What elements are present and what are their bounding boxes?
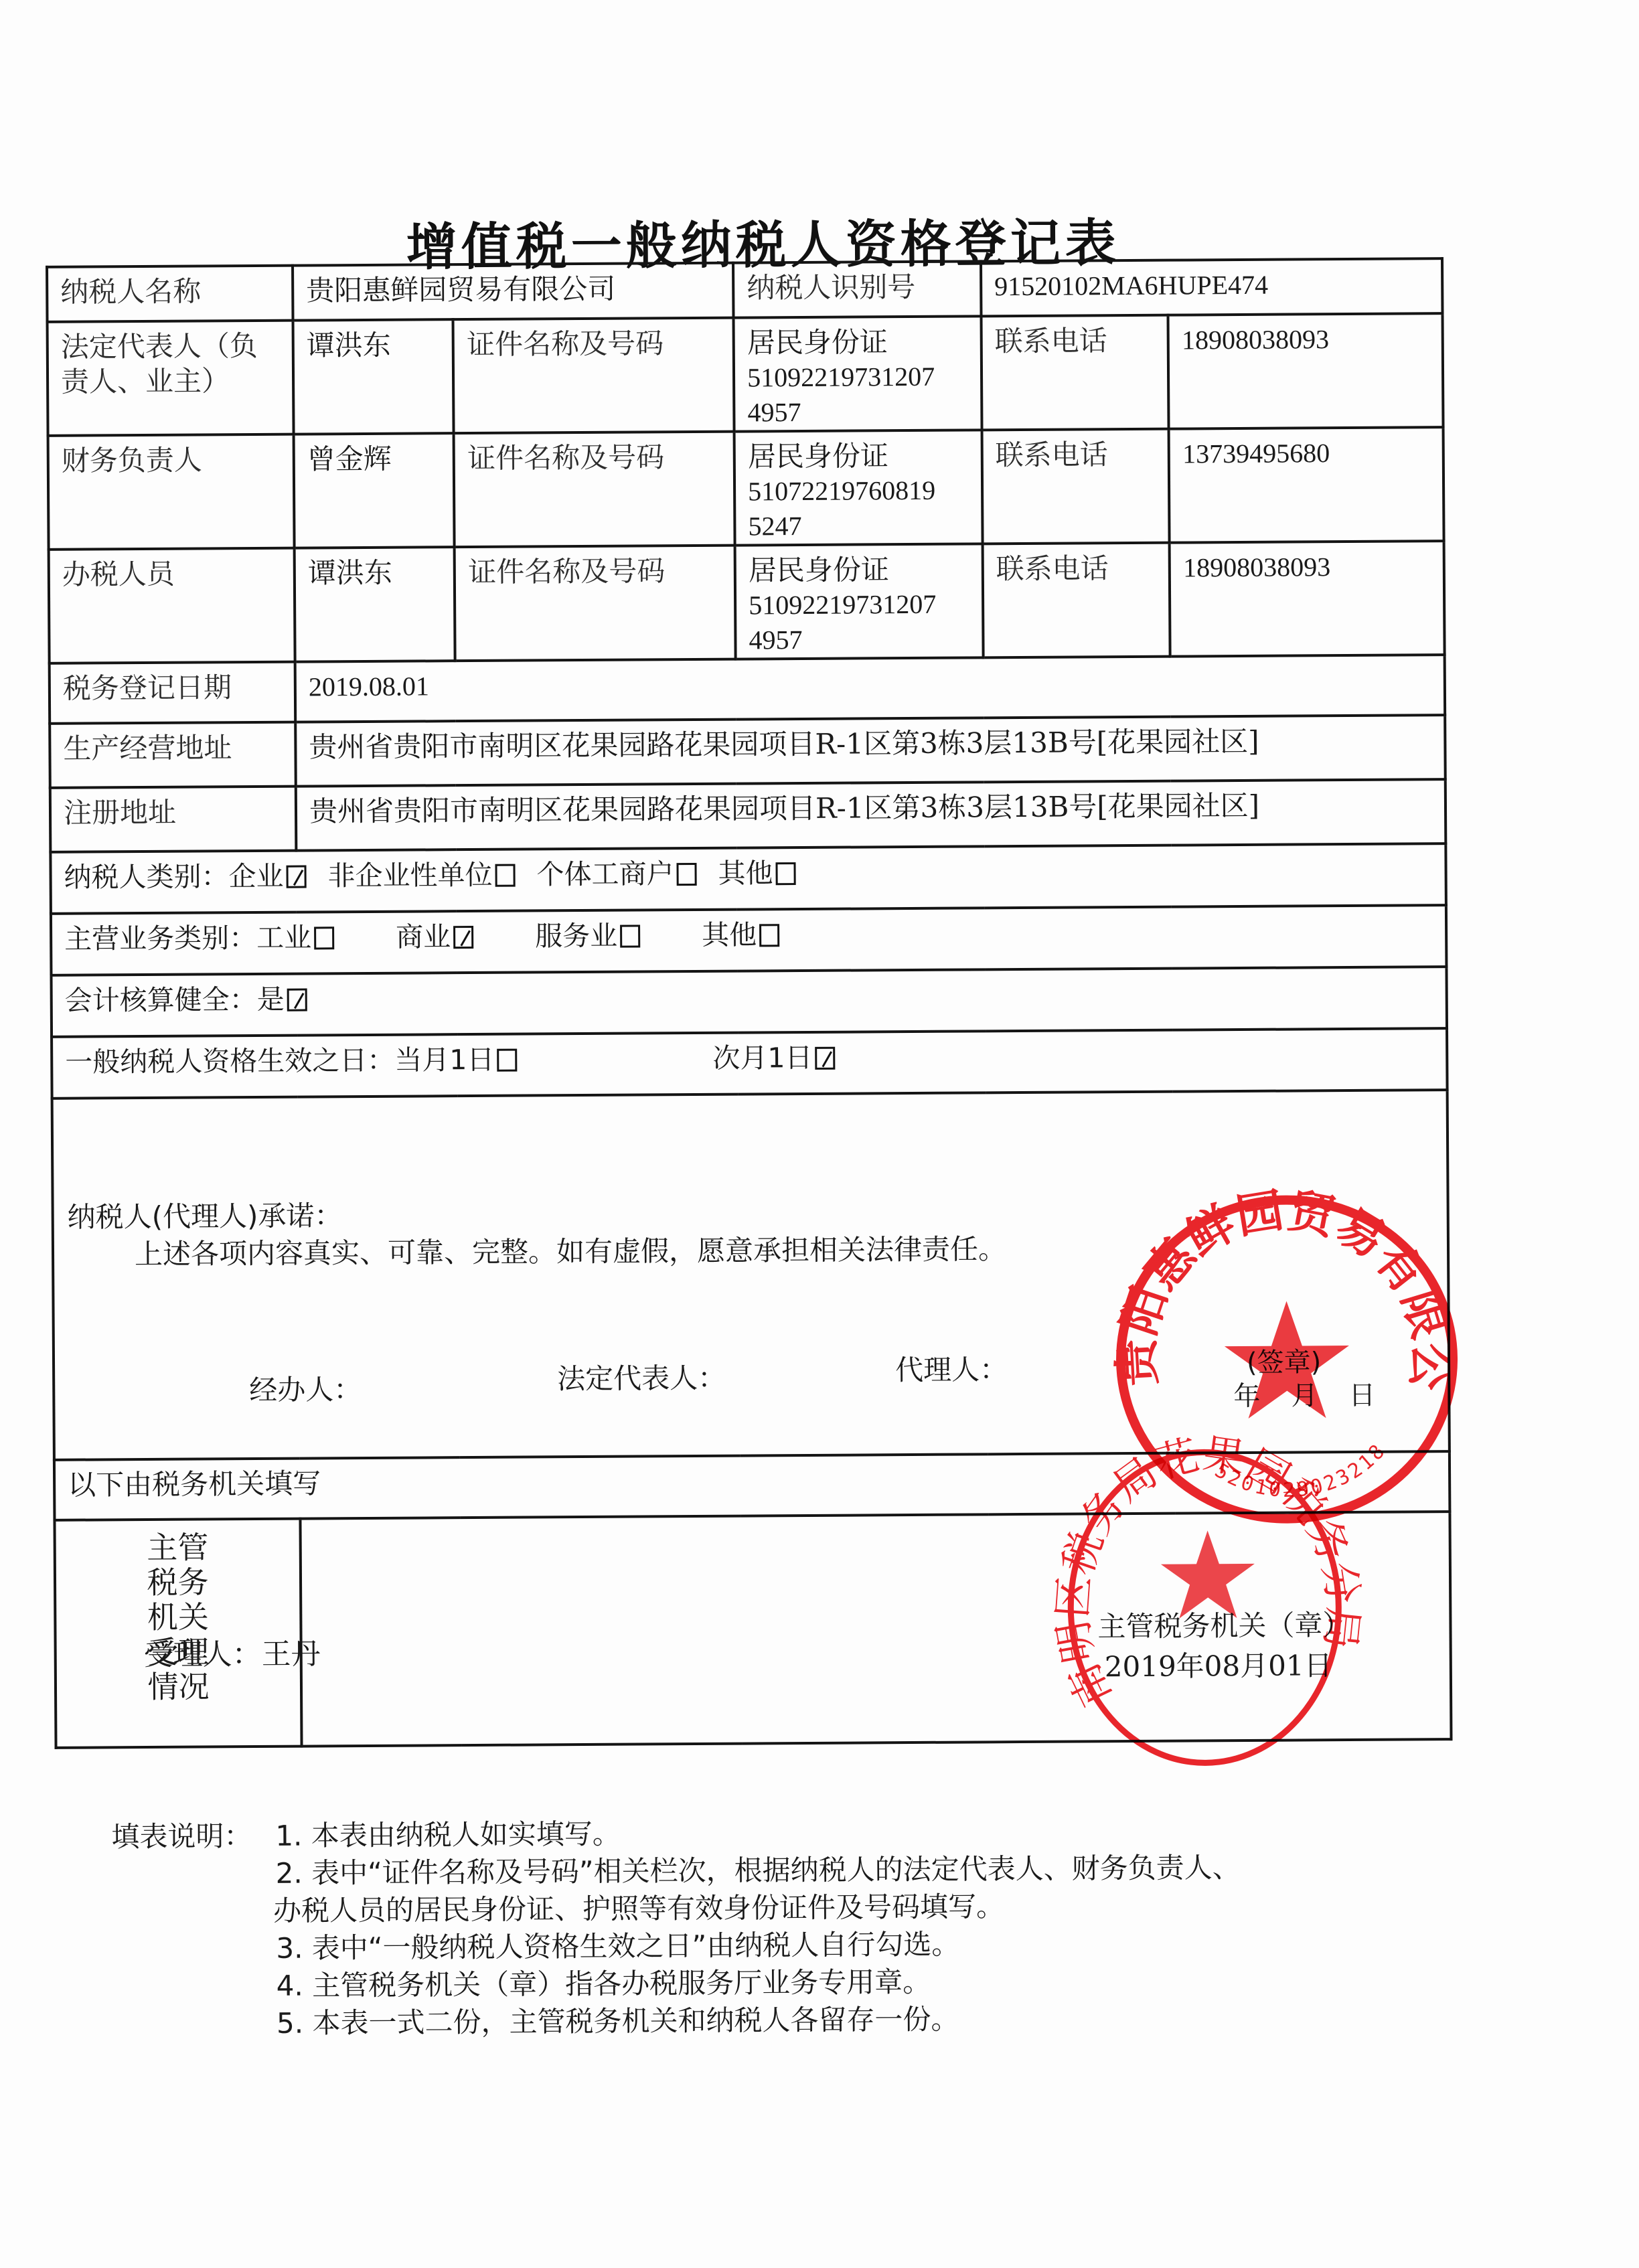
cert-value: 居民身份证 51092219731207 4957: [735, 544, 984, 659]
empty-checkbox-icon[interactable]: [495, 864, 515, 887]
registration-table: 纳税人名称 贵阳惠鲜园贸易有限公司 纳税人识别号 91520102MA6HUPE…: [46, 257, 1452, 1749]
signature-seal-label: (签章): [1247, 1345, 1322, 1380]
checkbox-option-label: 是: [257, 983, 285, 1016]
checked-checkbox-icon[interactable]: [287, 989, 307, 1011]
registration-date-value: 2019.08.01: [295, 655, 1445, 722]
checkbox-option[interactable]: 工业: [256, 921, 338, 954]
taxpayer-type-label: 纳税人类别：: [64, 860, 228, 894]
cert-number-line2: 5247: [748, 507, 969, 544]
cert-type: 居民身份证: [749, 552, 969, 588]
checkbox-option[interactable]: 次月1日: [712, 1042, 839, 1074]
tax-office-section-label: 以下由税务机关填写: [54, 1451, 1450, 1520]
registered-address-label: 注册地址: [50, 787, 297, 852]
person-row: 法定代表人（负责人、业主） 谭洪东 证件名称及号码 居民身份证 51092219…: [48, 313, 1443, 436]
empty-checkbox-icon[interactable]: [775, 862, 795, 885]
cert-number-line2: 4957: [747, 394, 968, 430]
checkbox-option-label: 工业: [256, 921, 311, 954]
business-address-label: 生产经营地址: [50, 722, 296, 788]
checked-checkbox-icon[interactable]: [815, 1047, 835, 1070]
tax-office-seal-date: 2019年08月01日: [1105, 1643, 1332, 1685]
accounting-row: 会计核算健全：是: [51, 967, 1447, 1037]
cert-value: 居民身份证 51072219760819 5247: [734, 430, 983, 545]
registration-date-row: 税务登记日期 2019.08.01: [50, 655, 1446, 724]
effective-date-label: 一般纳税人资格生效之日：: [65, 1044, 394, 1078]
cert-label: 证件名称及号码: [455, 546, 736, 661]
checkbox-option-label: 企业: [228, 860, 283, 893]
taxpayer-type-field: 纳税人类别：企业非企业性单位个体工商户其他: [50, 843, 1446, 914]
checkbox-option[interactable]: 当月1日: [394, 1044, 521, 1076]
checkbox-option[interactable]: 服务业: [535, 919, 644, 952]
person-role-label: 办税人员: [49, 548, 295, 663]
empty-checkbox-icon[interactable]: [759, 924, 779, 947]
cert-value: 居民身份证 51092219731207 4957: [734, 316, 982, 431]
checked-checkbox-icon[interactable]: [453, 926, 473, 949]
cert-number-line1: 51092219731207: [747, 359, 968, 395]
phone-value: 18908038093: [1170, 541, 1445, 656]
cert-type: 居民身份证: [747, 324, 968, 360]
effective-date-row: 一般纳税人资格生效之日：当月1日次月1日: [52, 1028, 1448, 1099]
phone-label: 联系电话: [982, 429, 1169, 544]
acceptor-name: 王丹: [262, 1637, 321, 1672]
phone-value: 18908038093: [1168, 313, 1443, 428]
checkbox-option-label: 非企业性单位: [327, 859, 492, 892]
person-name: 曾金辉: [294, 433, 455, 548]
instructions-list: 1. 本表由纳税人如实填写。2. 表中“证件名称及号码”相关栏次，根据纳税人的法…: [275, 1809, 1549, 2042]
checkbox-option[interactable]: 企业: [228, 860, 310, 892]
phone-label: 联系电话: [982, 543, 1170, 658]
checkbox-option[interactable]: 商业: [396, 920, 477, 953]
commitment-cell: 纳税人(代理人)承诺： 上述各项内容真实、可靠、完整。如有虚假，愿意承担相关法律…: [52, 1090, 1450, 1460]
taxpayer-type-row: 纳税人类别：企业非企业性单位个体工商户其他: [50, 843, 1446, 914]
checkbox-option[interactable]: 非企业性单位: [327, 859, 519, 892]
registered-address-value: 贵州省贵阳市南明区花果园路花果园项目R-1区第3栋3层13B号[花果园社区]: [296, 779, 1446, 850]
person-name: 谭洪东: [293, 319, 454, 434]
commitment-text: 上述各项内容真实、可靠、完整。如有虚假，愿意承担相关法律责任。: [135, 1232, 1006, 1272]
checkbox-option[interactable]: 个体工商户: [536, 858, 700, 890]
registered-address-row: 注册地址 贵州省贵阳市南明区花果园路花果园项目R-1区第3栋3层13B号[花果园…: [50, 779, 1446, 852]
commitment-row: 纳税人(代理人)承诺： 上述各项内容真实、可靠、完整。如有虚假，愿意承担相关法律…: [52, 1090, 1450, 1460]
phone-label: 联系电话: [981, 315, 1168, 430]
acceptor-field: 受理人：王丹: [143, 1629, 320, 1674]
person-role-label: 财务负责人: [48, 434, 295, 550]
person-row: 办税人员 谭洪东 证件名称及号码 居民身份证 51092219731207 49…: [49, 541, 1445, 663]
checkbox-option-label: 服务业: [535, 920, 617, 953]
checkbox-option-label: 个体工商户: [536, 858, 674, 890]
taxpayer-name-value: 贵阳惠鲜园贸易有限公司: [293, 263, 734, 321]
business-address-row: 生产经营地址 贵州省贵阳市南明区花果园路花果园项目R-1区第3栋3层13B号[花…: [50, 715, 1446, 788]
checkbox-option-label: 其他: [718, 857, 773, 890]
empty-checkbox-icon[interactable]: [620, 924, 640, 947]
checkbox-option-label: 其他: [702, 918, 757, 951]
checked-checkbox-icon[interactable]: [286, 866, 306, 888]
business-address-value: 贵州省贵阳市南明区花果园路花果园项目R-1区第3栋3层13B号[花果园社区]: [295, 715, 1446, 786]
business-type-field: 主营业务类别：工业商业服务业其他: [51, 905, 1447, 975]
signature-date-placeholder: 年月日: [1233, 1378, 1406, 1414]
taxpayer-id-label: 纳税人识别号: [733, 261, 981, 317]
effective-date-field: 一般纳税人资格生效之日：当月1日次月1日: [52, 1028, 1448, 1099]
checkbox-option-label: 当月1日: [394, 1044, 494, 1076]
person-name: 谭洪东: [295, 547, 455, 661]
checkbox-option[interactable]: 是: [257, 983, 311, 1015]
business-type-label: 主营业务类别：: [64, 922, 256, 955]
checkbox-option-label: 商业: [396, 920, 451, 953]
taxpayer-id-value: 91520102MA6HUPE474: [981, 258, 1443, 316]
cert-number-line1: 51072219760819: [748, 473, 969, 509]
cert-label: 证件名称及号码: [454, 432, 735, 548]
tax-office-header-row: 以下由税务机关填写: [54, 1451, 1450, 1520]
cert-number-line2: 4957: [749, 621, 969, 657]
cert-label: 证件名称及号码: [453, 318, 734, 434]
empty-checkbox-icon[interactable]: [497, 1049, 517, 1072]
checkbox-option[interactable]: 其他: [718, 857, 799, 890]
phone-value: 13739495680: [1169, 427, 1444, 542]
commitment-heading: 纳税人(代理人)承诺：: [68, 1198, 343, 1235]
person-row: 财务负责人 曾金辉 证件名称及号码 居民身份证 51072219760819 5…: [48, 427, 1444, 550]
acceptor-label: 受理人：: [144, 1637, 262, 1672]
taxpayer-name-label: 纳税人名称: [47, 266, 293, 322]
handler-signature-label: 经办人：: [249, 1372, 362, 1408]
instruction-item: 5. 本表一式二份，主管税务机关和纳税人各留存一份。: [277, 1997, 1549, 2042]
instructions-lead: 填表说明：: [111, 1817, 252, 1856]
tax-office-side-text: 主管税务机关受理情况: [59, 1530, 298, 1705]
legal-rep-signature-label: 法定代表人：: [557, 1361, 726, 1397]
taxpayer-name-row: 纳税人名称 贵阳惠鲜园贸易有限公司 纳税人识别号 91520102MA6HUPE…: [47, 258, 1442, 322]
registration-form-page: 增值税一般纳税人资格登记表 纳税人名称 贵阳惠鲜园贸易有限公司 纳税人识别号 9…: [0, 0, 1639, 2268]
cert-type: 居民身份证: [748, 438, 969, 474]
cert-number-line1: 51092219731207: [749, 586, 969, 623]
person-role-label: 法定代表人（负责人、业主）: [48, 321, 294, 436]
agent-signature-label: 代理人：: [895, 1352, 1008, 1388]
empty-checkbox-icon[interactable]: [314, 926, 334, 949]
accounting-field: 会计核算健全：是: [51, 967, 1447, 1037]
checkbox-option-label: 次月1日: [712, 1042, 812, 1074]
tax-office-seal-label: 主管税务机关（章）: [1097, 1603, 1350, 1645]
empty-checkbox-icon[interactable]: [676, 863, 696, 886]
business-type-row: 主营业务类别：工业商业服务业其他: [51, 905, 1447, 975]
registration-date-label: 税务登记日期: [50, 662, 296, 724]
checkbox-option[interactable]: 其他: [702, 918, 783, 951]
accounting-label: 会计核算健全：: [65, 983, 257, 1017]
